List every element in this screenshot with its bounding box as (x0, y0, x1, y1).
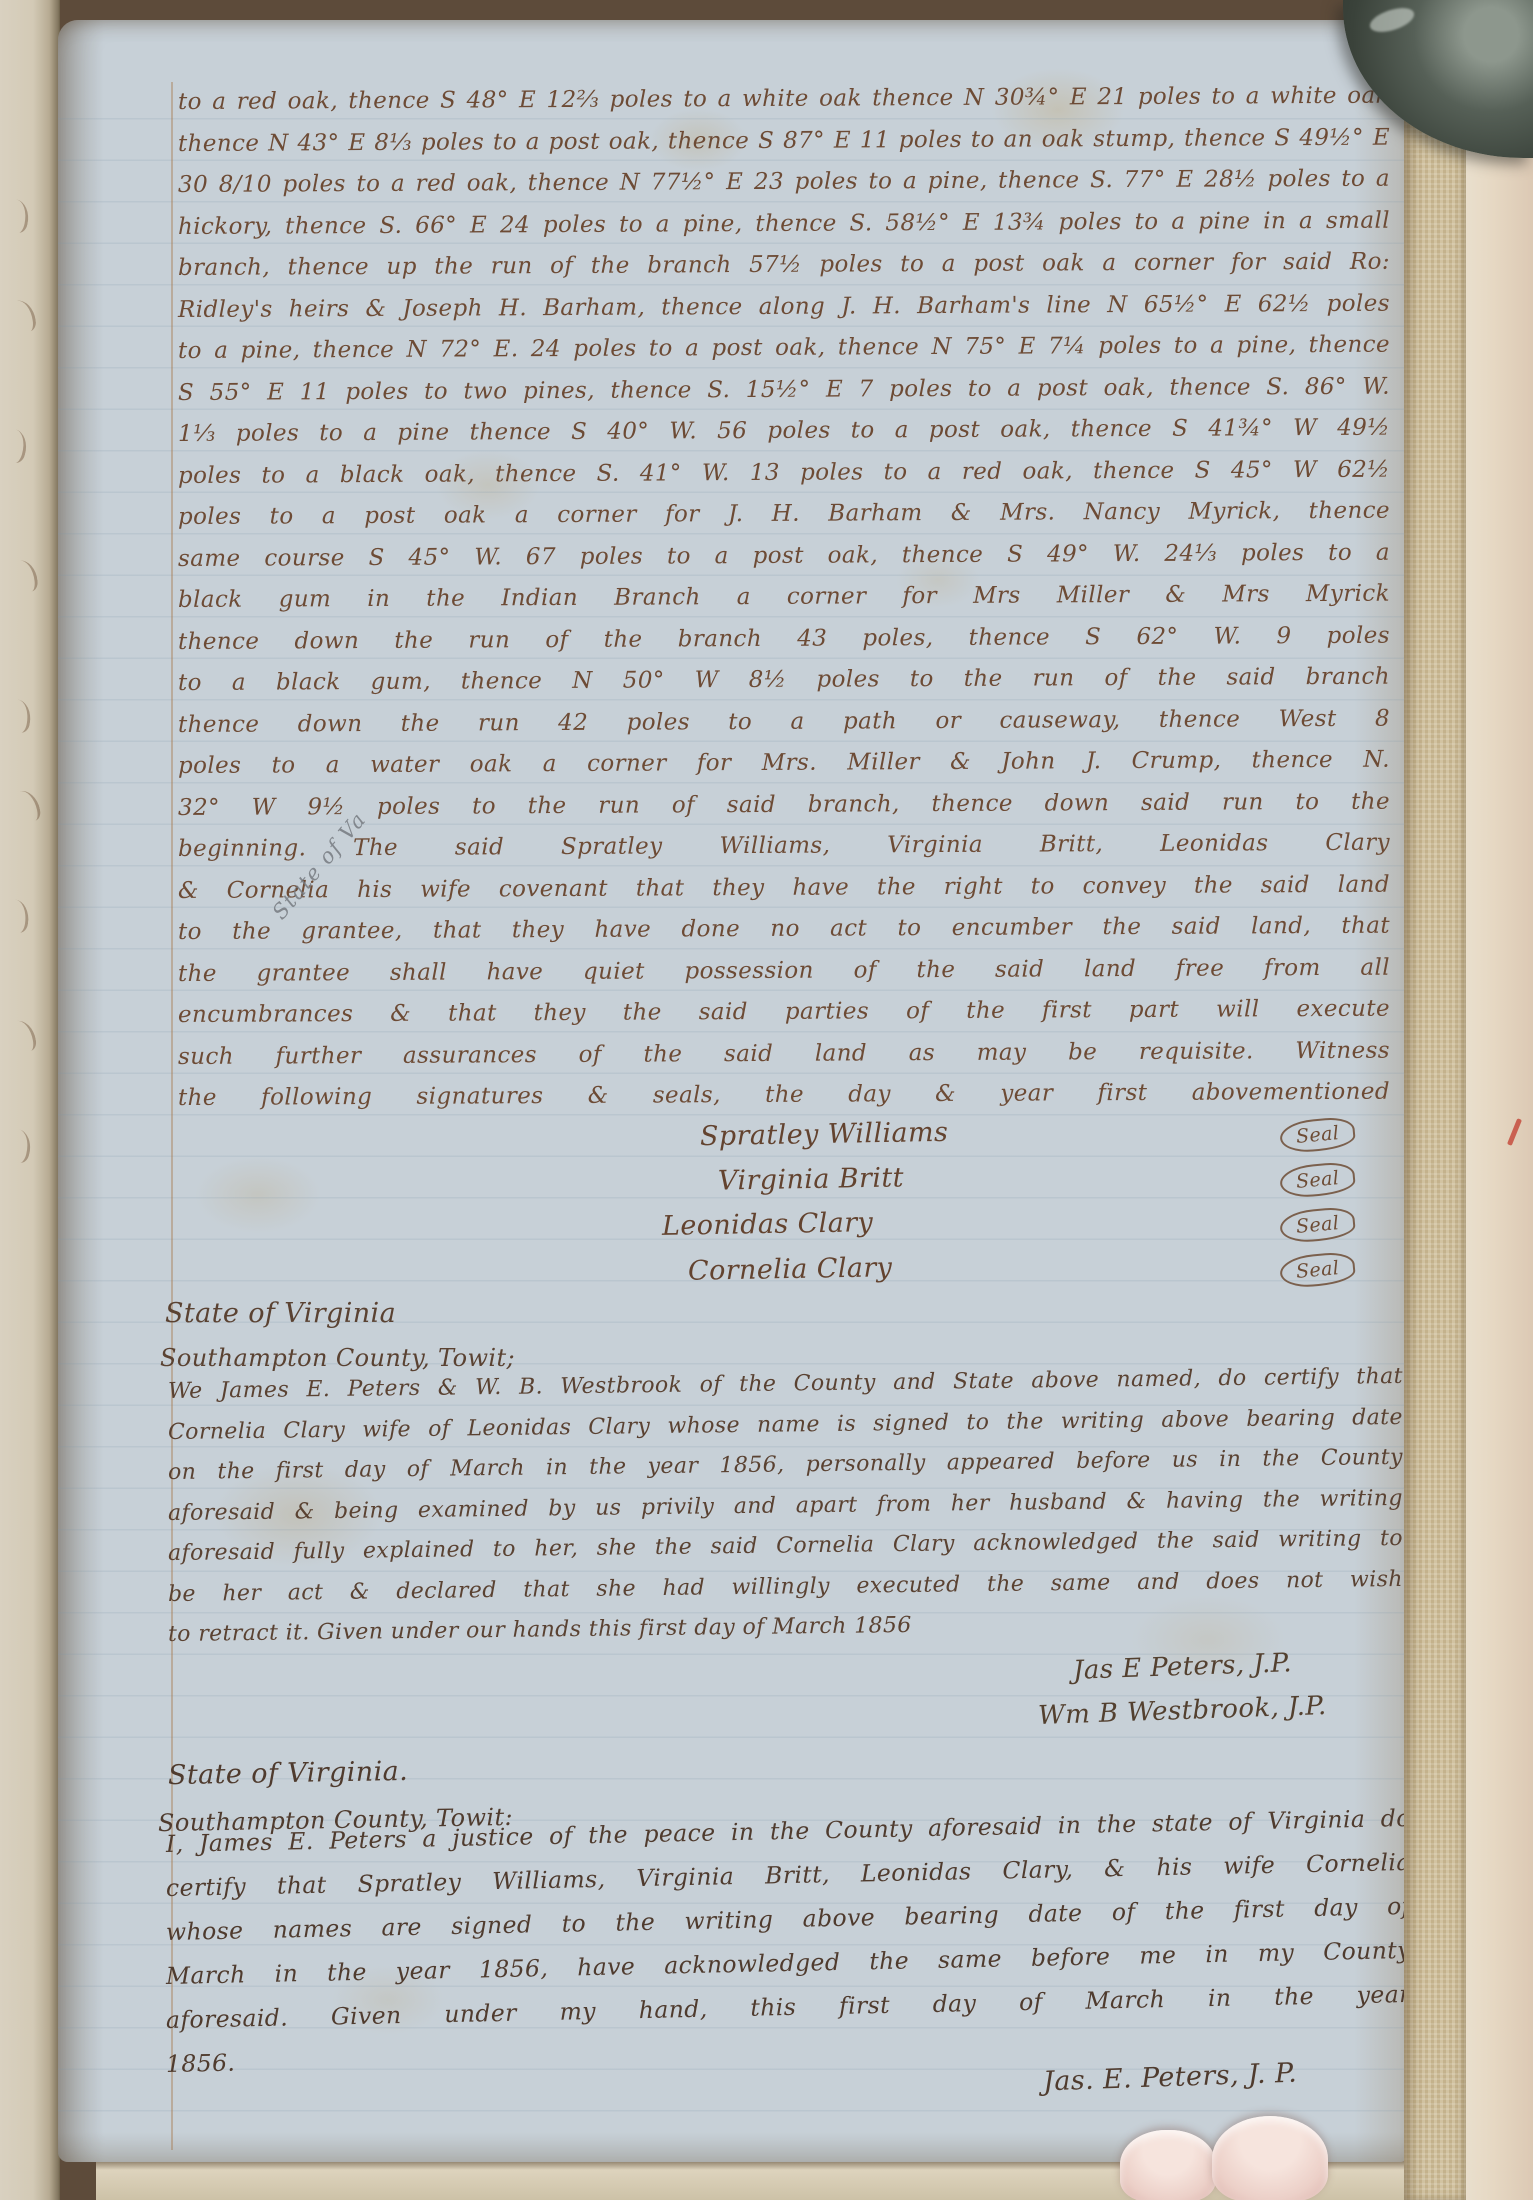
handwriting-fragment (4, 899, 31, 934)
seal-scribble: Seal (1278, 1250, 1356, 1288)
deed-line: thence N 43° E 8⅓ poles to a post oak, t… (178, 117, 1390, 165)
seal-scribble: Seal (1278, 1115, 1356, 1153)
ack2-body-text: I, James E. Peters a justice of the peac… (166, 1822, 1411, 2086)
signature-row: Cornelia Clary Seal (660, 1247, 1355, 1292)
signature-row: Virginia Britt Seal (660, 1157, 1355, 1202)
ack2-state-heading: State of Virginia. (168, 1756, 409, 1791)
fingertip (1212, 2116, 1328, 2200)
ack1-body-text: We James E. Peters & W. B. Westbrook of … (168, 1372, 1403, 1656)
ack1-state-heading: State of Virginia (165, 1298, 396, 1329)
deed-line: the grantee shall have quiet possession … (178, 947, 1390, 995)
deed-line: thence down the run 42 poles to a path o… (178, 698, 1390, 746)
deed-line: branch, thence up the run of the branch … (178, 242, 1390, 290)
deed-line: to a black gum, thence N 50° W 8½ poles … (178, 657, 1390, 705)
deed-line: to the grantee, that they have done no a… (178, 906, 1390, 954)
deed-book-photo: 7 to a red oak, thence S 48° E 12⅔ poles… (0, 0, 1533, 2200)
deed-line: poles to a post oak a corner for J. H. B… (178, 491, 1390, 539)
fingertip (1120, 2130, 1216, 2200)
deed-line: thence down the run of the branch 43 pol… (178, 615, 1390, 663)
handwriting-fragment (4, 1128, 34, 1165)
deed-line: to a pine, thence N 72° E. 24 poles to a… (178, 325, 1390, 373)
handwriting-fragment (0, 427, 31, 464)
deed-line: 1⅓ poles to a pine thence S 40° W. 56 po… (178, 408, 1390, 456)
deed-line: S 55° E 11 poles to two pines, thence S.… (178, 366, 1390, 414)
deed-line: black gum in the Indian Branch a corner … (178, 574, 1390, 622)
signature-row: Spratley Williams Seal (660, 1112, 1355, 1157)
handwriting-fragment (10, 299, 37, 334)
deed-line: & Cornelia his wife covenant that they h… (178, 864, 1390, 912)
deed-line: such further assurances of the said land… (178, 1030, 1390, 1078)
deed-line: encumbrances & that they the said partie… (178, 989, 1390, 1037)
handwriting-fragment (5, 698, 33, 734)
deed-book-page: 7 to a red oak, thence S 48° E 12⅔ poles… (58, 20, 1408, 2162)
signature-name: Virginia Britt (718, 1162, 904, 1196)
seal-scribble: Seal (1278, 1160, 1356, 1198)
justice-signature: Wm B Westbrook, J.P. (1038, 1691, 1327, 1731)
page-stack-edge (1466, 0, 1533, 2200)
signature-name: Spratley Williams (700, 1117, 949, 1152)
deed-line: to a red oak, thence S 48° E 12⅔ poles t… (178, 76, 1390, 124)
book-binding-strip (1404, 0, 1466, 2200)
clamp-highlight (1367, 3, 1417, 36)
deed-body-text: to a red oak, thence S 48° E 12⅔ poles t… (178, 82, 1390, 1120)
grantor-signature-block: Spratley Williams Seal Virginia Britt Se… (660, 1112, 1355, 1292)
facing-page-edge (0, 0, 60, 2200)
deed-line: 30 8/10 poles to a red oak, thence N 77½… (178, 159, 1390, 207)
signature-row: Leonidas Clary Seal (660, 1202, 1355, 1247)
deed-line: poles to a black oak, thence S. 41° W. 1… (178, 449, 1390, 497)
deed-line: Ridley's heirs & Joseph H. Barham, thenc… (178, 283, 1390, 331)
handwriting-fragment (9, 1018, 37, 1054)
deed-line: poles to a water oak a corner for Mrs. M… (178, 740, 1390, 788)
handwriting-fragment (13, 788, 42, 824)
signature-name: Leonidas Clary (662, 1207, 874, 1242)
justice-signature: Jas E Peters, J.P. (1073, 1648, 1293, 1686)
handwriting-fragment (12, 559, 38, 593)
deed-line: same course S 45° W. 67 poles to a post … (178, 532, 1390, 580)
deed-line: hickory, thence S. 66° E 24 poles to a p… (178, 200, 1390, 248)
handwriting-fragment (3, 198, 32, 234)
signature-name: Cornelia Clary (688, 1252, 893, 1287)
seal-scribble: Seal (1278, 1205, 1356, 1243)
